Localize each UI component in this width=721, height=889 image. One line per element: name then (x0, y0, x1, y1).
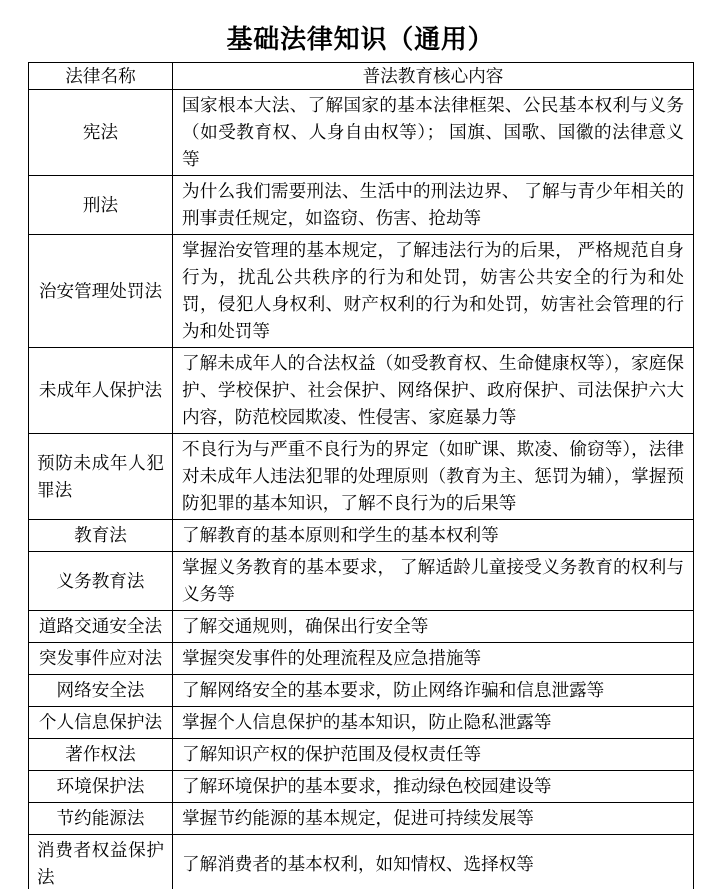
law-name-cell: 治安管理处罚法 (29, 235, 173, 348)
law-content-cell: 掌握治安管理的基本规定，了解违法行为的后果， 严格规范自身行为，扰乱公共秩序的行… (173, 235, 694, 348)
table-row: 预防未成年人犯罪法 不良行为与严重不良行为的界定（如旷课、欺凌、偷窃等），法律对… (29, 434, 694, 520)
law-name-cell: 环境保护法 (29, 771, 173, 803)
table-row: 突发事件应对法 掌握突发事件的处理流程及应急措施等 (29, 643, 694, 675)
law-name-cell: 义务教育法 (29, 552, 173, 611)
law-content-cell: 了解环境保护的基本要求，推动绿色校园建设等 (173, 771, 694, 803)
law-content-cell: 了解网络安全的基本要求，防止网络诈骗和信息泄露等 (173, 675, 694, 707)
table-row: 网络安全法 了解网络安全的基本要求，防止网络诈骗和信息泄露等 (29, 675, 694, 707)
table-row: 环境保护法 了解环境保护的基本要求，推动绿色校园建设等 (29, 771, 694, 803)
table-header: 法律名称 普法教育核心内容 (29, 63, 694, 90)
law-content-cell: 掌握义务教育的基本要求， 了解适龄儿童接受义务教育的权利与义务等 (173, 552, 694, 611)
table-row: 义务教育法 掌握义务教育的基本要求， 了解适龄儿童接受义务教育的权利与义务等 (29, 552, 694, 611)
law-name-cell: 消费者权益保护法 (29, 835, 173, 889)
table-row: 道路交通安全法 了解交通规则，确保出行安全等 (29, 611, 694, 643)
law-name-cell: 节约能源法 (29, 803, 173, 835)
table-row: 未成年人保护法 了解未成年人的合法权益（如受教育权、生命健康权等），家庭保护、学… (29, 348, 694, 434)
table-row: 著作权法 了解知识产权的保护范围及侵权责任等 (29, 739, 694, 771)
table-row: 宪法 国家根本大法、了解国家的基本法律框架、公民基本权利与义务（如受教育权、人身… (29, 90, 694, 176)
table-row: 治安管理处罚法 掌握治安管理的基本规定，了解违法行为的后果， 严格规范自身行为，… (29, 235, 694, 348)
law-content-cell: 为什么我们需要刑法、生活中的刑法边界、 了解与青少年相关的刑事责任规定，如盗窃、… (173, 176, 694, 235)
document-page: 基础法律知识（通用） 法律名称 普法教育核心内容 宪法 国家根本大法、了解国家的… (0, 0, 721, 889)
law-content-cell: 了解消费者的基本权利，如知情权、选择权等 (173, 835, 694, 889)
table-body: 宪法 国家根本大法、了解国家的基本法律框架、公民基本权利与义务（如受教育权、人身… (29, 90, 694, 889)
law-content-cell: 掌握节约能源的基本规定，促进可持续发展等 (173, 803, 694, 835)
table-row: 刑法 为什么我们需要刑法、生活中的刑法边界、 了解与青少年相关的刑事责任规定，如… (29, 176, 694, 235)
law-name-cell: 网络安全法 (29, 675, 173, 707)
law-name-cell: 刑法 (29, 176, 173, 235)
law-name-cell: 突发事件应对法 (29, 643, 173, 675)
table-row: 教育法 了解教育的基本原则和学生的基本权利等 (29, 520, 694, 552)
table-row: 消费者权益保护法 了解消费者的基本权利，如知情权、选择权等 (29, 835, 694, 889)
law-name-cell: 预防未成年人犯罪法 (29, 434, 173, 520)
law-content-cell: 掌握个人信息保护的基本知识，防止隐私泄露等 (173, 707, 694, 739)
law-name-cell: 宪法 (29, 90, 173, 176)
law-content-cell: 了解未成年人的合法权益（如受教育权、生命健康权等），家庭保护、学校保护、社会保护… (173, 348, 694, 434)
table-row: 节约能源法 掌握节约能源的基本规定，促进可持续发展等 (29, 803, 694, 835)
page-title: 基础法律知识（通用） (28, 24, 693, 55)
law-name-cell: 道路交通安全法 (29, 611, 173, 643)
law-name-cell: 个人信息保护法 (29, 707, 173, 739)
law-content-cell: 了解交通规则，确保出行安全等 (173, 611, 694, 643)
column-header-core-content: 普法教育核心内容 (173, 63, 694, 90)
law-knowledge-table: 法律名称 普法教育核心内容 宪法 国家根本大法、了解国家的基本法律框架、公民基本… (28, 62, 694, 889)
law-content-cell: 了解教育的基本原则和学生的基本权利等 (173, 520, 694, 552)
law-content-cell: 不良行为与严重不良行为的界定（如旷课、欺凌、偷窃等），法律对未成年人违法犯罪的处… (173, 434, 694, 520)
header-row: 法律名称 普法教育核心内容 (29, 63, 694, 90)
law-name-cell: 未成年人保护法 (29, 348, 173, 434)
law-name-cell: 教育法 (29, 520, 173, 552)
law-name-cell: 著作权法 (29, 739, 173, 771)
law-content-cell: 了解知识产权的保护范围及侵权责任等 (173, 739, 694, 771)
law-content-cell: 国家根本大法、了解国家的基本法律框架、公民基本权利与义务（如受教育权、人身自由权… (173, 90, 694, 176)
law-content-cell: 掌握突发事件的处理流程及应急措施等 (173, 643, 694, 675)
table-row: 个人信息保护法 掌握个人信息保护的基本知识，防止隐私泄露等 (29, 707, 694, 739)
column-header-law-name: 法律名称 (29, 63, 173, 90)
